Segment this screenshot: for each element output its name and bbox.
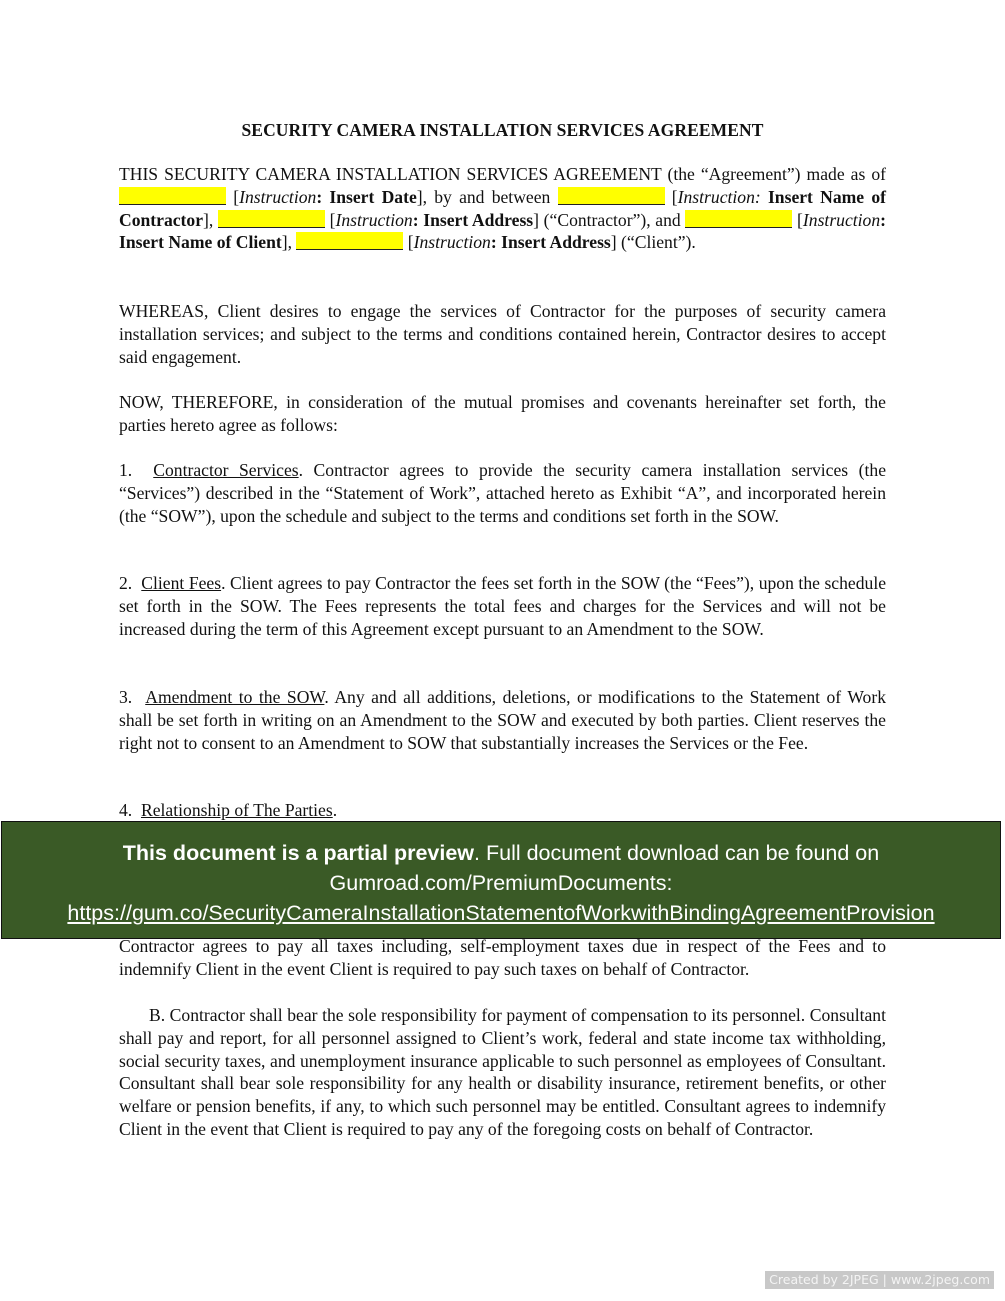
section-3-amendment: 3. Amendment to the SOW. Any and all add… (119, 686, 886, 754)
section-heading: Client Fees (141, 573, 221, 593)
preamble-paragraph: THIS SECURITY CAMERA INSTALLATION SERVIC… (119, 163, 886, 254)
document-title: SECURITY CAMERA INSTALLATION SERVICES AG… (119, 120, 886, 141)
section-4b-paragraph: B. Contractor shall bear the sole respon… (119, 1004, 886, 1141)
2jpeg-watermark: Created by 2JPEG | www.2jpeg.com (765, 1271, 994, 1289)
section-heading: Relationship of The Parties (141, 800, 333, 820)
client-name-blank-field[interactable] (685, 210, 792, 228)
section-4a-partial: Contractor agrees to pay all taxes inclu… (119, 935, 886, 981)
now-therefore-paragraph: NOW, THEREFORE, in consideration of the … (119, 391, 886, 437)
client-address-blank-field[interactable] (296, 232, 403, 250)
banner-line-1: This document is a partial preview. Full… (2, 838, 1000, 868)
gumroad-download-link[interactable]: https://gum.co/SecurityCameraInstallatio… (2, 898, 1000, 928)
date-blank-field[interactable] (119, 187, 226, 205)
section-1-contractor-services: 1. Contractor Services. Contractor agree… (119, 459, 886, 527)
section-4-relationship: 4. Relationship of The Parties. (119, 799, 886, 822)
section-heading: Amendment to the SOW (145, 687, 324, 707)
partial-preview-banner: This document is a partial preview. Full… (1, 821, 1001, 939)
whereas-paragraph: WHEREAS, Client desires to engage the se… (119, 300, 886, 368)
section-heading: Contractor Services (153, 460, 298, 480)
contractor-address-blank-field[interactable] (218, 210, 325, 228)
section-2-client-fees: 2. Client Fees. Client agrees to pay Con… (119, 572, 886, 640)
contractor-name-blank-field[interactable] (558, 187, 665, 205)
banner-line-2: Gumroad.com/PremiumDocuments: (2, 868, 1000, 898)
